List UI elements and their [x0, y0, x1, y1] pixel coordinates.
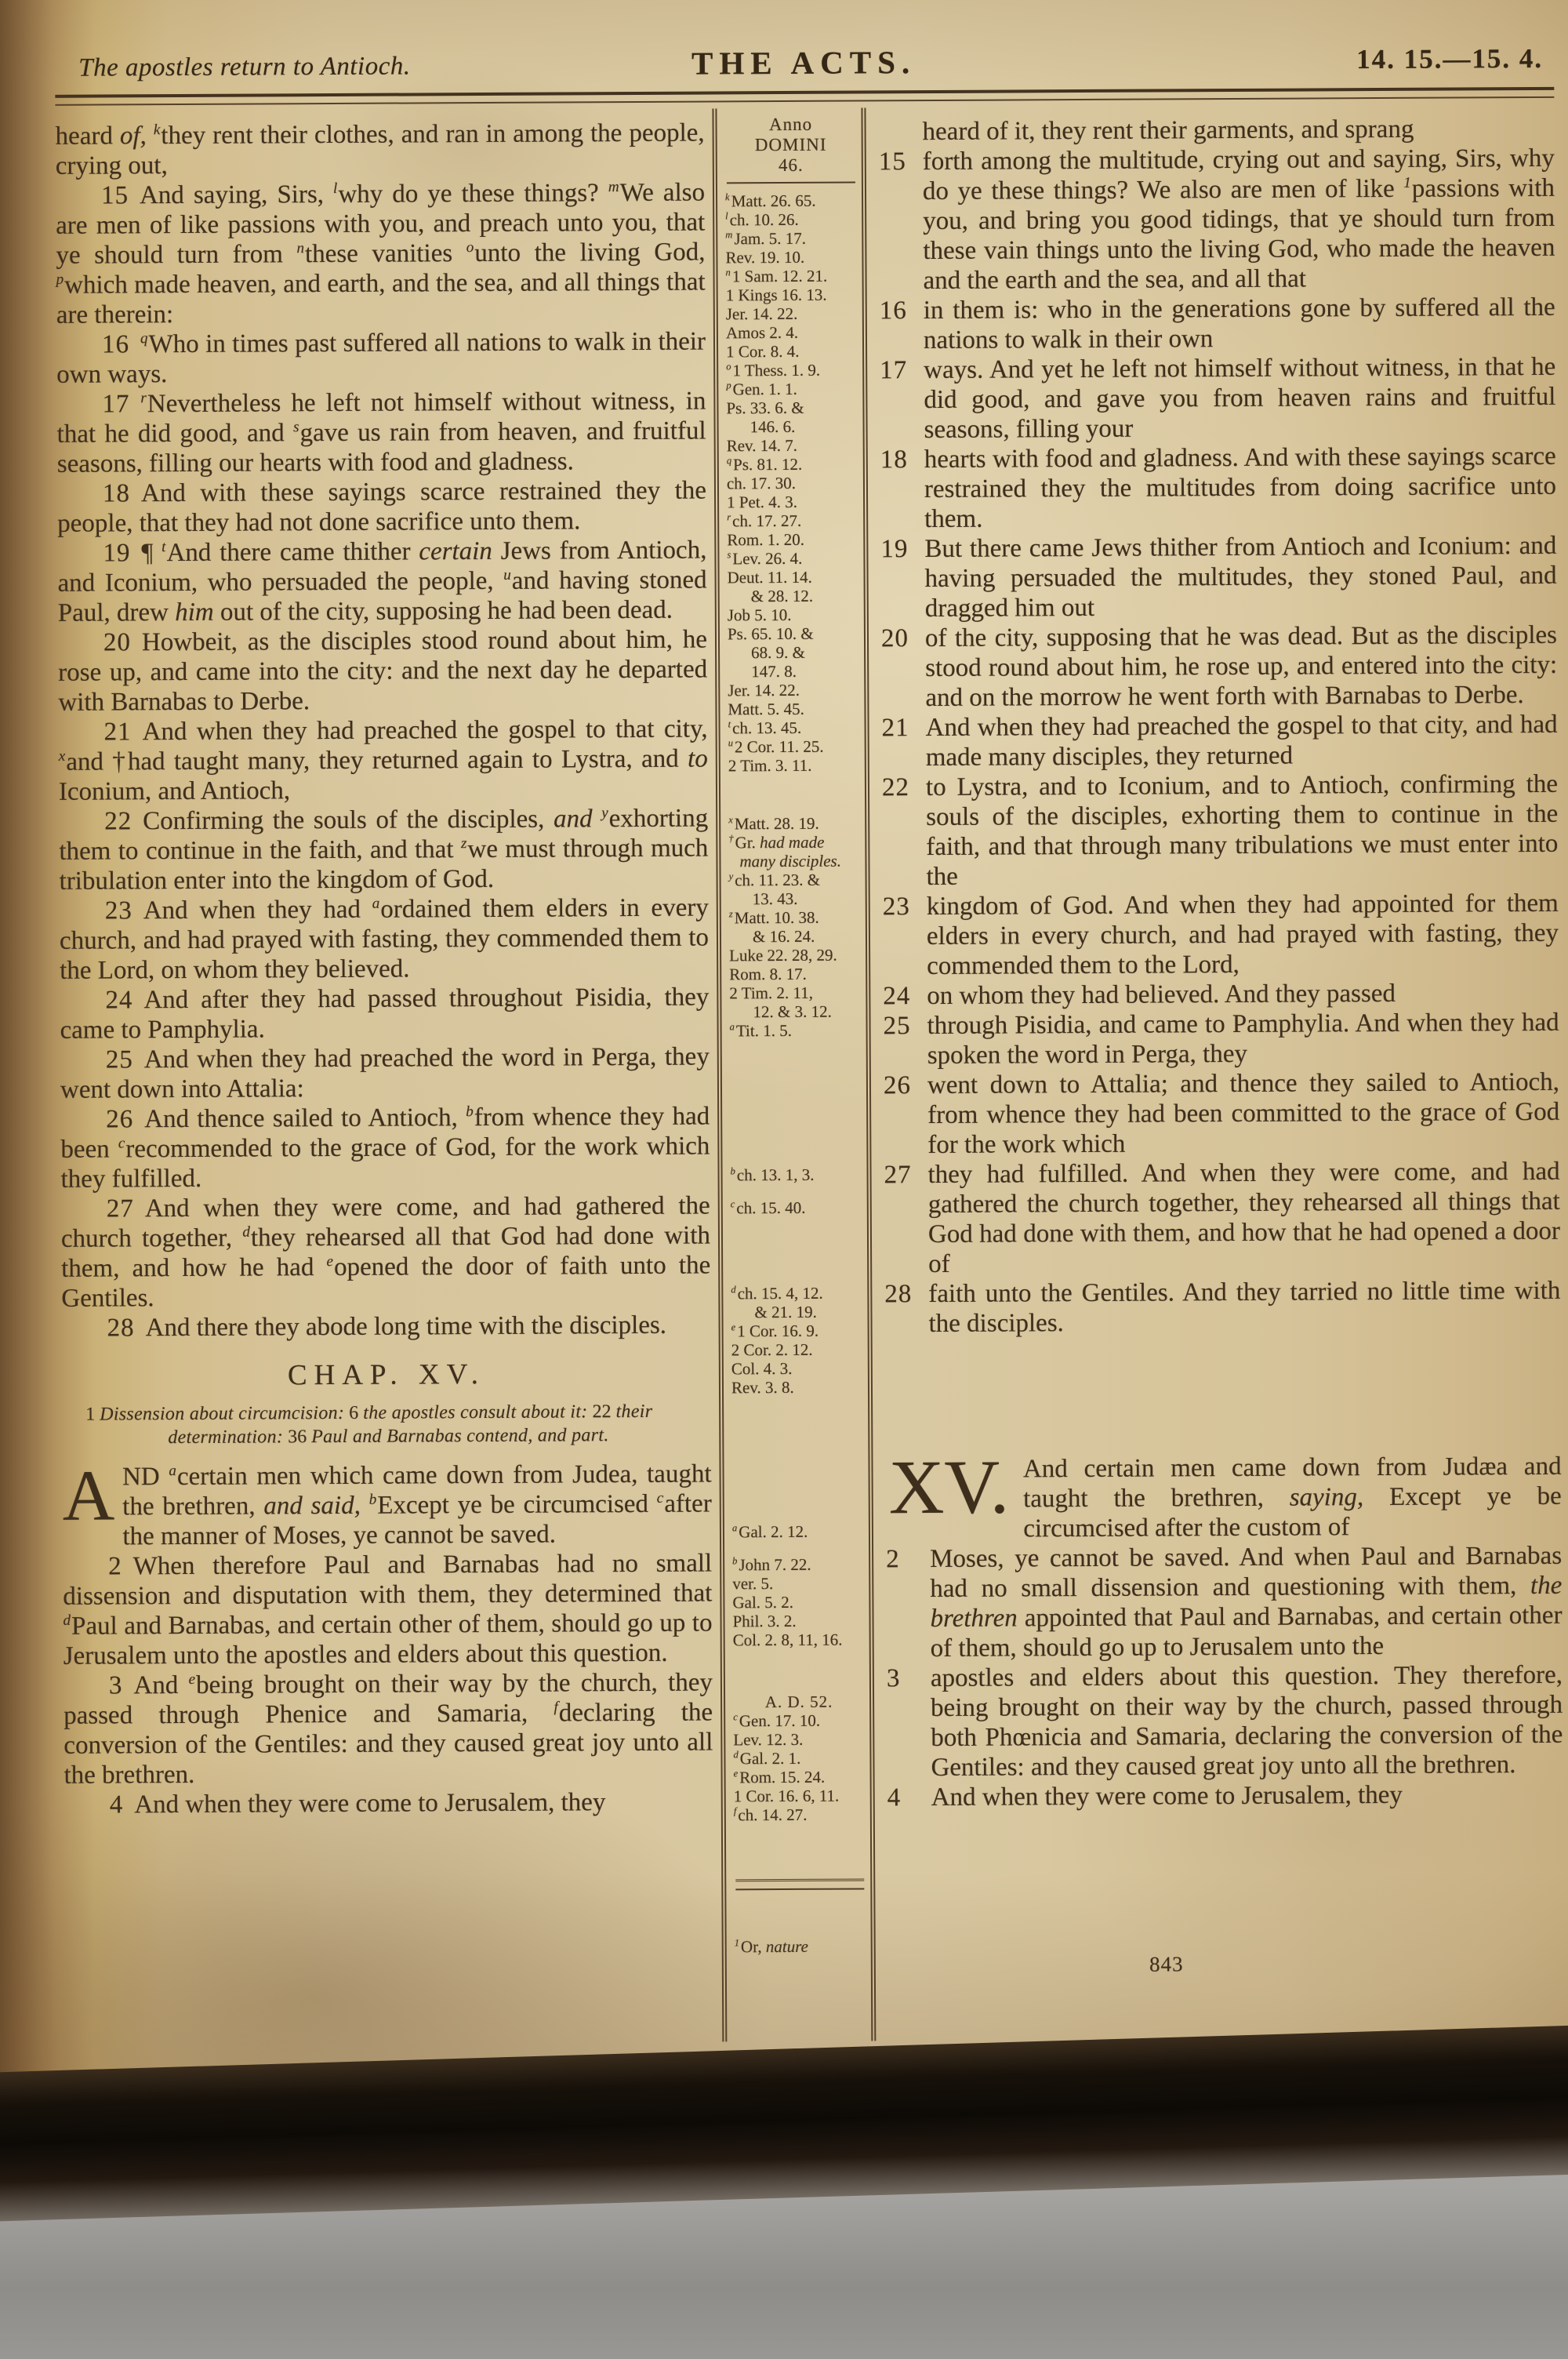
margin-reference: 1Or, nature — [735, 1936, 866, 1956]
verse-number: 19 — [103, 539, 141, 567]
verse-number: 16 — [880, 296, 919, 325]
margin-reference: & 16. 24. — [729, 926, 861, 946]
rv-verse: 23kingdom of God. And when they had appo… — [883, 889, 1559, 982]
verse-number: 4 — [110, 1790, 135, 1819]
margin-reference: Amos 2. 4. — [726, 323, 858, 343]
verse-number: 25 — [106, 1045, 144, 1074]
margin-reference: Col. 2. 8, 11, 16. — [733, 1630, 865, 1649]
anno-rule — [727, 182, 855, 184]
margin-reference: Ps. 65. 10. & — [728, 623, 859, 643]
verse-number: 19 — [880, 534, 920, 564]
text-columns: heard of, kthey rent their clothes, and … — [55, 104, 1564, 2045]
reference-letter: b — [369, 1492, 377, 1508]
kjv-verse: 15And saying, Sirs, lwhy do ye these thi… — [56, 178, 706, 330]
italic-text: saying, — [1290, 1483, 1364, 1511]
margin-reference: dch. 15. 4, 12. — [731, 1283, 862, 1303]
reference-letter: d — [63, 1612, 71, 1629]
margin-reference: lch. 10. 26. — [725, 210, 857, 230]
margin-reference: u2 Cor. 11. 25. — [728, 736, 860, 756]
margin-reference: cGen. 17. 10. — [733, 1710, 865, 1730]
margin-reference: bch. 13. 1, 3. — [731, 1165, 862, 1184]
anno-line: DOMINI — [725, 135, 857, 156]
margin-reference: Job 5. 10. — [728, 605, 859, 624]
page-content: The apostles return to Antioch. THE ACTS… — [0, 0, 1568, 2084]
rv-verse: 4And when they were come to Jerusalem, t… — [887, 1779, 1563, 1813]
verse-number: 15 — [879, 147, 918, 176]
reference-letter: k — [154, 122, 161, 138]
kjv-verse: 17rNevertheless he left not himself with… — [56, 387, 706, 479]
reference-letter: q — [140, 330, 148, 347]
reference-letter: c — [657, 1490, 664, 1507]
kjv-verse: 25And when they had preached the word in… — [60, 1042, 710, 1105]
reference-letter: c — [733, 1711, 738, 1722]
chapter-numeral: XV. — [885, 1454, 1023, 1519]
margin-reference: e1 Cor. 16. 9. — [731, 1321, 863, 1340]
reference-letter: b — [466, 1103, 474, 1120]
kjv-verse: 27And when they were come, and had gathe… — [61, 1191, 711, 1314]
reference-letter: p — [56, 271, 64, 288]
rv-verse: 16in them is: who in the generations gon… — [880, 293, 1555, 356]
kjv-verse: 20Howbeit, as the disciples stood round … — [58, 625, 708, 718]
kjv-verse: 26And thence sailed to Antioch, bfrom wh… — [60, 1102, 710, 1194]
margin-reference: †Gr. had made many disciples. — [728, 832, 860, 871]
verse-number: 17 — [102, 390, 140, 418]
margin-reference: & 28. 12. — [728, 586, 859, 605]
reference-letter: f — [734, 1805, 737, 1816]
kjv-verse: 19¶ tAnd there came thither certain Jews… — [57, 536, 707, 628]
margin-reference: Rev. 14. 7. — [727, 435, 858, 455]
verse-number: 26 — [884, 1070, 923, 1100]
rv-verse: 26went down to Attalia; and thence they … — [884, 1067, 1560, 1161]
verse-number: 24 — [883, 981, 922, 1011]
verse-number: 4 — [887, 1783, 927, 1812]
verse-number: 2 — [886, 1544, 925, 1574]
margin-reference: Deut. 11. 14. — [728, 567, 859, 587]
kjv-verse: 28And there they abode long time with th… — [61, 1310, 710, 1343]
reference-letter: y — [729, 871, 734, 881]
italic-text: Dissension about circumcision: — [100, 1403, 344, 1425]
kjv-verse: 18And with these sayings scarce restrain… — [57, 476, 706, 539]
reference-letter: c — [118, 1135, 125, 1151]
margin-reference: Col. 4. 3. — [731, 1358, 863, 1378]
reference-letter: d — [733, 1749, 738, 1760]
margin-reference: Jer. 14. 22. — [728, 680, 859, 700]
margin-reference-column: AnnoDOMINI46.kMatt. 26. 65.lch. 10. 26.m… — [712, 107, 876, 2041]
verse-number: 15 — [101, 181, 140, 209]
margin-reference: aGal. 2. 12. — [732, 1521, 864, 1541]
reference-letter: s — [293, 419, 299, 435]
italic-text: and said, — [263, 1492, 361, 1521]
verse-number: 28 — [107, 1314, 145, 1342]
kjv-column: heard of, kthey rent their clothes, and … — [55, 109, 714, 2045]
margin-reference: Matt. 5. 45. — [728, 699, 859, 718]
margin-reference: Luke 22. 28, 29. — [729, 945, 861, 965]
reference-letter: a — [169, 1463, 176, 1479]
reference-letter: e — [731, 1321, 736, 1332]
rv-verse: 27they had fulfilled. And when they were… — [884, 1157, 1560, 1280]
verse-number: 21 — [104, 718, 143, 746]
reference-letter: 1 — [1403, 175, 1411, 191]
margin-reference: Lev. 12. 3. — [733, 1729, 865, 1749]
kjv-verse: 24And after they had passed throughout P… — [60, 983, 709, 1045]
reference-letter: a — [730, 1021, 735, 1032]
reference-letter: y — [601, 805, 608, 821]
margin-reference: bJohn 7. 22. — [732, 1554, 864, 1574]
rv-verse: 22to Lystra, and to Iconium, and to Anti… — [882, 769, 1559, 892]
chapter-summary: 1 Dissension about circumcision: 6 the a… — [62, 1399, 711, 1449]
verse-number: 2 — [108, 1552, 133, 1580]
margin-reference: sLev. 26. 4. — [727, 548, 858, 568]
margin-reference: 2 Tim. 3. 11. — [728, 755, 860, 775]
reference-letter: x — [59, 748, 66, 765]
reference-letter: b — [732, 1555, 737, 1566]
kjv-verse: 4And when they were come to Jerusalem, t… — [64, 1787, 713, 1819]
rv-chapter-start: XV.And certain men came down from Judæa … — [885, 1452, 1562, 1545]
chapter-heading: CHAP. XV. — [62, 1358, 711, 1391]
rv-verse: 20of the city, supposing that he was dea… — [881, 620, 1558, 714]
italic-text: nature — [766, 1937, 808, 1956]
rv-verse: 25through Pisidia, and came to Pamphylia… — [883, 1008, 1559, 1071]
anno-line: 46. — [725, 155, 857, 176]
rv-verse: 28faith unto the Gentiles. And they tarr… — [884, 1276, 1560, 1339]
kjv-verse: 16qWho in times past suffered all nation… — [56, 327, 706, 390]
margin-reference: Ps. 33. 6. & — [726, 398, 858, 417]
reference-letter: e — [188, 1671, 195, 1688]
verse-number: 27 — [107, 1194, 145, 1223]
rv-verse: 15forth among the multitude, crying out … — [879, 144, 1555, 296]
reference-letter: z — [729, 908, 733, 919]
margin-reference: 1 Pet. 4. 3. — [727, 492, 858, 511]
reference-letter: e — [326, 1253, 333, 1270]
running-header: The apostles return to Antioch. THE ACTS… — [55, 37, 1552, 90]
book-page: The apostles return to Antioch. THE ACTS… — [0, 0, 1568, 2080]
italic-text: certain — [419, 537, 492, 565]
reference-letter: m — [608, 179, 619, 195]
margin-reference: 1 Cor. 8. 4. — [726, 341, 858, 361]
margin-reference: o1 Thess. 1. 9. — [726, 360, 858, 380]
verse-number: 20 — [103, 628, 142, 656]
italic-text: and — [554, 805, 593, 833]
kjv-verse: 22Confirming the souls of the disciples,… — [59, 804, 709, 896]
margin-reference: xMatt. 28. 19. — [728, 813, 860, 833]
reference-letter: o — [726, 361, 731, 372]
reference-letter: n — [726, 267, 731, 278]
italic-text: him — [175, 598, 214, 627]
margin-reference: & 21. 19. — [731, 1302, 862, 1321]
margin-reference: 68. 9. & — [728, 642, 859, 662]
reference-letter: a — [732, 1522, 737, 1533]
reference-letter: t — [728, 718, 731, 729]
margin-reference: Rev. 19. 10. — [725, 248, 857, 267]
margin-reference: pGen. 1. 1. — [726, 379, 858, 398]
anno-domini: AnnoDOMINI46. — [724, 114, 856, 176]
rv-verse: 3apostles and elders about this question… — [887, 1660, 1563, 1783]
rv-verse-continuation: heard of it, they rent their garments, a… — [879, 114, 1555, 147]
rv-verse: 19But there came Jews thither from Antio… — [880, 531, 1557, 624]
italic-text: the apostles consult about it: — [363, 1401, 587, 1423]
reference-letter: f — [554, 1699, 557, 1716]
reference-letter: u — [503, 567, 511, 583]
margin-reference: dGal. 2. 1. — [733, 1748, 865, 1768]
reference-letter: a — [372, 896, 380, 912]
rv-verse: 17ways. And yet he left not himself with… — [880, 352, 1556, 445]
margin-reference: n1 Sam. 12. 21. — [726, 267, 858, 286]
rv-verse: 18hearts with food and gladness. And wit… — [880, 442, 1557, 535]
margin-reference: cch. 15. 40. — [731, 1198, 862, 1217]
kjv-verse: 23And when they had aordained them elder… — [60, 893, 710, 986]
kjv-verse-continuation: heard of, kthey rent their clothes, and … — [56, 118, 705, 181]
margin-reference: Rom. 1. 20. — [727, 529, 858, 549]
kjv-verse: 3And ebeing brought on their way by the … — [64, 1667, 713, 1790]
margin-reference: Rom. 8. 17. — [729, 964, 861, 983]
rv-column: heard of it, they rent their garments, a… — [878, 104, 1564, 2041]
margin-reference: fch. 14. 27. — [734, 1805, 866, 1824]
reference-letter: † — [728, 833, 733, 844]
margin-reference: 2 Tim. 2. 11, — [729, 983, 861, 1002]
chapter-verse-range: 14. 15.—15. 4. — [1356, 43, 1543, 75]
margin-reference: eRom. 15. 24. — [734, 1767, 866, 1787]
kjv-verse: 2When therefore Paul and Barnabas had no… — [63, 1548, 713, 1670]
verse-number: 23 — [105, 896, 143, 925]
italic-text: the brethren — [930, 1572, 1562, 1633]
margin-reference: tch. 13. 45. — [728, 718, 860, 737]
margin-reference: 2 Cor. 2. 12. — [731, 1339, 863, 1359]
margin-reference: 1 Kings 16. 13. — [726, 285, 858, 305]
reference-letter: n — [296, 240, 304, 256]
reference-letter: c — [731, 1198, 735, 1209]
drop-cap: A — [62, 1462, 122, 1523]
margin-reference: 147. 8. — [728, 661, 859, 681]
header-rule — [55, 87, 1554, 106]
anno-line: Anno — [724, 114, 856, 136]
reference-letter: l — [725, 210, 728, 221]
verse-number: 22 — [104, 807, 143, 835]
page-number: 843 — [931, 1951, 1402, 1978]
verse-number: 24 — [105, 986, 143, 1014]
margin-reference: Rev. 3. 8. — [731, 1377, 863, 1397]
reference-letter: l — [333, 180, 337, 197]
margin-reference: Gal. 5. 2. — [732, 1592, 864, 1612]
reference-letter: o — [466, 239, 474, 256]
margin-reference: 13. 43. — [729, 889, 861, 908]
kjv-verse: 21And when they had preached the gospel … — [59, 714, 709, 807]
margin-reference: aTit. 1. 5. — [730, 1020, 862, 1040]
reference-letter: x — [728, 814, 733, 825]
italic-text: to — [688, 745, 708, 773]
margin-reference: kMatt. 26. 65. — [725, 191, 857, 211]
margin-reference: 1 Cor. 16. 6, 11. — [734, 1786, 866, 1805]
reference-letter: e — [734, 1768, 739, 1779]
margin-reference: ver. 5. — [732, 1573, 864, 1593]
margin-reference: ch. 17. 30. — [727, 473, 858, 493]
margin-reference: 12. & 3. 12. — [729, 1001, 861, 1021]
verse-number: 22 — [882, 772, 921, 802]
verse-number: 18 — [103, 479, 141, 507]
reference-letter: t — [162, 539, 165, 555]
reference-letter: p — [726, 380, 731, 391]
rv-verse: 21And when they had preached the gospel … — [881, 710, 1557, 773]
verse-number: 25 — [883, 1011, 922, 1041]
italic-text: Paul and Barnabas contend, and part. — [311, 1425, 609, 1447]
italic-text: had made many disciples. — [739, 833, 841, 871]
reference-letter: d — [731, 1284, 735, 1295]
margin-reference: rch. 17. 27. — [727, 511, 858, 530]
verse-number: 16 — [102, 330, 140, 358]
reference-letter: s — [727, 549, 731, 560]
reference-letter: u — [728, 737, 733, 748]
reference-letter: b — [731, 1165, 735, 1176]
margin-reference: Jer. 14. 22. — [726, 304, 858, 324]
margin-reference: A. D. 52. — [733, 1692, 865, 1711]
photographed-book-page: The apostles return to Antioch. THE ACTS… — [0, 0, 1568, 2359]
book-title: THE ACTS. — [55, 40, 1552, 85]
verse-number: 21 — [881, 713, 920, 743]
verse-number: 23 — [883, 892, 922, 921]
margin-reference: zMatt. 10. 38. — [729, 907, 861, 927]
verse-number: 26 — [106, 1105, 144, 1133]
margin-reference: ych. 11. 23. & — [729, 870, 861, 889]
reference-letter: r — [140, 390, 147, 406]
rv-verse: 2Moses, ye cannot be saved. And when Pau… — [886, 1541, 1563, 1664]
reference-letter: z — [461, 835, 467, 852]
verse-number: 27 — [884, 1160, 923, 1190]
verse-number: 3 — [887, 1663, 926, 1693]
margin-divider — [735, 1878, 864, 1890]
reference-letter: m — [725, 229, 732, 240]
reference-letter: d — [242, 1224, 250, 1241]
verse-number: 28 — [884, 1279, 924, 1309]
margin-reference: 146. 6. — [727, 416, 858, 436]
margin-reference: Phil. 3. 2. — [732, 1611, 864, 1630]
verse-number: 3 — [109, 1671, 134, 1699]
margin-reference: mJam. 5. 17. — [725, 229, 857, 249]
italic-text: of, — [120, 122, 147, 150]
reference-letter: q — [727, 455, 731, 466]
verse-number: 20 — [881, 623, 920, 653]
reference-letter: k — [725, 191, 730, 202]
kjv-verse: AND acertain men which came down from Ju… — [62, 1459, 712, 1551]
verse-number: 18 — [880, 445, 920, 474]
reference-letter: 1 — [735, 1937, 739, 1948]
verse-number: 17 — [880, 355, 919, 385]
rv-verse: 24on whom they had believed. And they pa… — [883, 978, 1559, 1012]
reference-letter: r — [727, 511, 731, 522]
margin-reference: qPs. 81. 12. — [727, 454, 858, 474]
